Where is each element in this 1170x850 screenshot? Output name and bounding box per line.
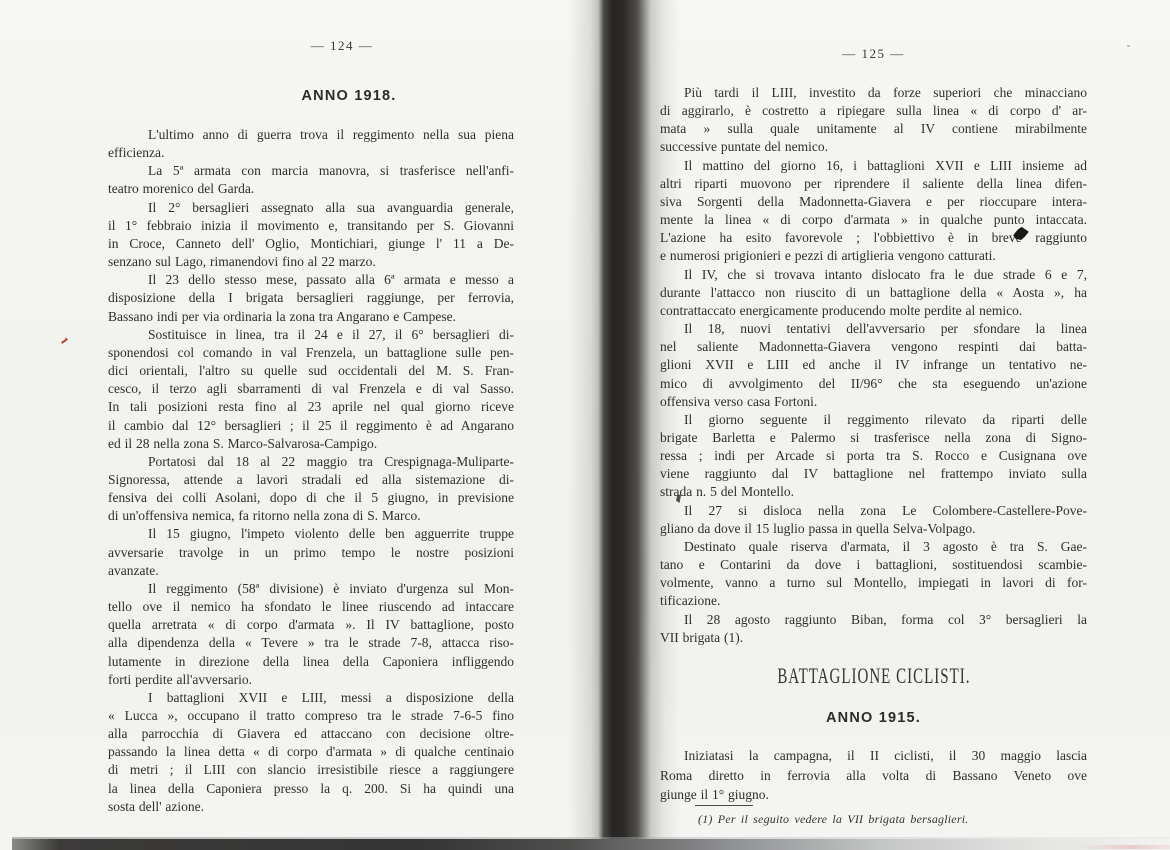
text-line: cesco, il terzo agli sbarramenti di val … — [108, 380, 514, 398]
left-page-body-text: L'ultimo anno di guerra trova il reggime… — [108, 126, 514, 816]
text-line: La 5ª armata con marcia manovra, si tras… — [108, 162, 514, 180]
red-pen-speck — [61, 337, 69, 345]
text-line: teatro morenico del Garda. — [108, 180, 514, 198]
dust-speck — [1127, 45, 1130, 47]
text-line: alla dipendenza della « Tevere » tra le … — [108, 634, 514, 652]
text-line: ed il 28 nella zona S. Marco-Salvarosa-C… — [108, 435, 514, 453]
text-line: Più tardi il LIII, investito da forze su… — [660, 84, 1087, 102]
paragraph: L'ultimo anno di guerra trova il reggime… — [108, 126, 514, 162]
text-line: L'ultimo anno di guerra trova il reggime… — [108, 126, 514, 144]
paragraph: Il 2° bersaglieri assegnato alla sua ava… — [108, 199, 514, 272]
paragraph: Il 27 si disloca nella zona Le Colombere… — [660, 502, 1087, 538]
paragraph: Il 28 agosto raggiunto Biban, forma col … — [660, 611, 1087, 647]
text-line: mico di avvolgimento del II/96° che sta … — [660, 375, 1087, 393]
text-line: volmente, vanno a turno sul Montello, im… — [660, 574, 1087, 592]
text-line: Il mattino del giorno 16, i battaglioni … — [660, 157, 1087, 175]
text-line: In tali posizioni resta fino al 23 april… — [108, 398, 514, 416]
paragraph: Il giorno seguente il reggimento rilevat… — [660, 411, 1087, 502]
text-line: la linea della Caponiera presso la q. 20… — [108, 780, 514, 798]
text-line: siva Sorgenti della Madonnetta-Giavera e… — [660, 193, 1087, 211]
text-line: gliano da dove il 15 luglio passa in que… — [660, 520, 1087, 538]
paragraph: Il IV, che si trovava intanto dislocato … — [660, 266, 1087, 320]
text-line: glioni XVII e LIII ed anche il IV infran… — [660, 356, 1087, 374]
section-heading-text: BATTAGLIONE CICLISTI. — [777, 663, 970, 689]
ciclisti-intro-text: Iniziatasi la campagna, il II ciclisti, … — [660, 746, 1087, 805]
text-line: passando la linea detta « di corpo d'arm… — [108, 743, 514, 761]
text-line: mente la linea « di corpo d'armata » in … — [660, 211, 1087, 229]
pink-stain — [1075, 845, 1170, 849]
paragraph: I battaglioni XVII e LIII, messi a dispo… — [108, 689, 514, 816]
paragraph: Il reggimento (58ª divisione) è inviato … — [108, 580, 514, 689]
right-page-body-text: Più tardi il LIII, investito da forze su… — [660, 84, 1087, 647]
text-line: contrattaccato energicamente producendo … — [660, 302, 1087, 320]
section-heading-battaglione-ciclisti: BATTAGLIONE CICLISTI. — [660, 663, 1087, 689]
page-number-left: — 124 — — [139, 38, 545, 54]
text-line: offensiva verso casa Fortoni. — [660, 393, 1087, 411]
text-line: Il 15 giugno, l'impeto violento delle be… — [108, 525, 514, 543]
text-line: il cambio dal 12° bersaglieri ; il 25 il… — [108, 417, 514, 435]
paragraph: Portatosi dal 18 al 22 maggio tra Crespi… — [108, 453, 514, 526]
text-line: sponendosi col comando in val Frenzela, … — [108, 344, 514, 362]
left-page: — 124 — ANNO 1918. L'ultimo anno di guer… — [108, 0, 514, 850]
paragraph: Sostituisce in linea, tra il 24 e il 27,… — [108, 326, 514, 453]
text-line: altri riparti muovono per riprendere il … — [660, 175, 1087, 193]
text-line: fensiva dei colli Asolani, dopo di che i… — [108, 489, 514, 507]
text-line: VII brigata (1). — [660, 629, 1087, 647]
text-line: avanzate. — [108, 562, 514, 580]
paragraph: Il 23 dello stesso mese, passato alla 6ª… — [108, 271, 514, 325]
footnote-text: (1) Per il seguito vedere la VII brigata… — [698, 812, 968, 827]
text-line: Roma diretto in ferrovia alla volta di B… — [660, 766, 1087, 786]
text-line: Il 18, nuovi tentativi dell'avversario p… — [660, 320, 1087, 338]
text-line: avversarie travolge in un primo tempo le… — [108, 544, 514, 562]
year-heading-1918: ANNO 1918. — [146, 88, 552, 104]
text-line: Iniziatasi la campagna, il II ciclisti, … — [660, 746, 1087, 766]
text-line: sosta dell' azione. — [108, 798, 514, 816]
text-line: Destinato quale riserva d'armata, il 3 a… — [660, 538, 1087, 556]
text-line: alla parrocchia di Giavera ed attaccano … — [108, 725, 514, 743]
text-line: disposizione della I brigata bersaglieri… — [108, 289, 514, 307]
text-line: Portatosi dal 18 al 22 maggio tra Crespi… — [108, 453, 514, 471]
text-line: quella arretrata « di corpo d'armata ». … — [108, 616, 514, 634]
text-line: Il giorno seguente il reggimento rilevat… — [660, 411, 1087, 429]
text-line: successive puntate del nemico. — [660, 138, 1087, 156]
text-line: di metri ; il LIII con slancio irresisti… — [108, 761, 514, 779]
text-line: giunge il 1° giugno. — [660, 785, 1087, 805]
text-line: di aggirarlo, è costretto a ripiegare su… — [660, 102, 1087, 120]
text-line: tificazione. — [660, 592, 1087, 610]
text-line: Signoressa, attende a lavori stradali ed… — [108, 471, 514, 489]
text-line: Bassano indi per via ordinaria la zona t… — [108, 308, 514, 326]
text-line: ressa ; indi per Arcade si porta tra S. … — [660, 447, 1087, 465]
text-line: forti perdite all'avversario. — [108, 671, 514, 689]
footnote-divider — [695, 805, 753, 806]
page-number-right: — 125 — — [660, 46, 1087, 62]
text-line: il 1° febbraio inizia il movimento e, tr… — [108, 217, 514, 235]
text-line: « Lucca », occupano il tratto compreso t… — [108, 707, 514, 725]
bottom-scan-edge — [12, 839, 1170, 850]
paragraph: Il mattino del giorno 16, i battaglioni … — [660, 157, 1087, 266]
paragraph: Più tardi il LIII, investito da forze su… — [660, 84, 1087, 157]
text-line: mata » sulla quale unitamente al IV cont… — [660, 120, 1087, 138]
text-line: Il 27 si disloca nella zona Le Colombere… — [660, 502, 1087, 520]
text-line: Il IV, che si trovava intanto dislocato … — [660, 266, 1087, 284]
text-line: in Croce, Canneto dell' Oglio, Montichia… — [108, 235, 514, 253]
text-line: e numerosi prigionieri e pezzi di artigl… — [660, 247, 1087, 265]
text-line: Il 23 dello stesso mese, passato alla 6ª… — [108, 271, 514, 289]
text-line: Il 2° bersaglieri assegnato alla sua ava… — [108, 199, 514, 217]
year-heading-1915: ANNO 1915. — [660, 710, 1087, 726]
text-line: I battaglioni XVII e LIII, messi a dispo… — [108, 689, 514, 707]
paragraph: Destinato quale riserva d'armata, il 3 a… — [660, 538, 1087, 611]
paragraph: La 5ª armata con marcia manovra, si tras… — [108, 162, 514, 198]
scanned-book-spread: — 124 — ANNO 1918. L'ultimo anno di guer… — [0, 0, 1170, 850]
paragraph: Iniziatasi la campagna, il II ciclisti, … — [660, 746, 1087, 805]
text-line: Sostituisce in linea, tra il 24 e il 27,… — [108, 326, 514, 344]
text-line: brigate Barletta e Palermo si trasferisc… — [660, 429, 1087, 447]
text-line: tello ove il nemico ha sfondato le linee… — [108, 598, 514, 616]
text-line: tano e Contarini da dove i battaglioni, … — [660, 556, 1087, 574]
text-line: strada n. 5 del Montello. — [660, 483, 1087, 501]
text-line: Il reggimento (58ª divisione) è inviato … — [108, 580, 514, 598]
text-line: di un'offensiva nemica, fa ritorno nella… — [108, 507, 514, 525]
text-line: viene raggiunto dal IV battaglione nel f… — [660, 465, 1087, 483]
text-line: durante l'attacco non riuscito di un bat… — [660, 284, 1087, 302]
text-line: efficienza. — [108, 144, 514, 162]
text-line: Il 28 agosto raggiunto Biban, forma col … — [660, 611, 1087, 629]
text-line: senzano sul Lago, rimanendovi fino al 22… — [108, 253, 514, 271]
text-line: lutamente in direzione della linea della… — [108, 653, 514, 671]
paragraph: Il 18, nuovi tentativi dell'avversario p… — [660, 320, 1087, 411]
text-line: nel saliente Madonnetta-Giavera vengono … — [660, 338, 1087, 356]
right-page: — 125 — Più tardi il LIII, investito da … — [660, 0, 1087, 850]
text-line: dici orientali, l'altro su quelle sud oc… — [108, 362, 514, 380]
paragraph: Il 15 giugno, l'impeto violento delle be… — [108, 525, 514, 579]
